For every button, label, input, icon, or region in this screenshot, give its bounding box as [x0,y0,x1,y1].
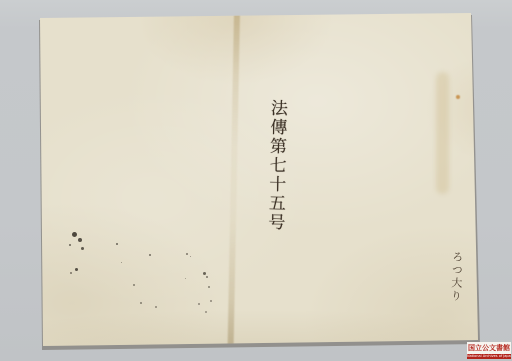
ink-speck [121,262,122,263]
ink-speck [185,278,186,279]
ink-speck [78,238,82,242]
ink-speck [149,254,151,256]
ink-speck [133,284,135,286]
ink-speck [116,243,118,245]
ink-speck [70,272,72,274]
ink-speck [75,268,78,271]
ink-speck [72,232,77,237]
paper-sheet: 法傳第七十五号 ろつ大り [0,0,512,361]
archives-watermark: 国立公文書館 National Archives of Japan [467,342,511,359]
ink-speck [198,303,200,305]
archives-watermark-jp: 国立公文書館 [467,342,511,354]
ink-speck [140,302,142,304]
ink-specks-layer [0,0,512,361]
ink-speck [208,286,210,288]
ink-speck [210,300,212,302]
ink-speck [203,272,206,275]
ink-speck [190,256,191,257]
archival-document-photo: 法傳第七十五号 ろつ大り 国立公文書館 National Archives of… [0,0,512,361]
ink-speck [186,253,188,255]
ink-speck [81,247,84,250]
ink-speck [155,306,157,308]
ink-speck [205,311,207,313]
archives-watermark-en: National Archives of Japan [467,354,511,359]
ink-speck [69,244,71,246]
ink-speck [206,276,208,278]
